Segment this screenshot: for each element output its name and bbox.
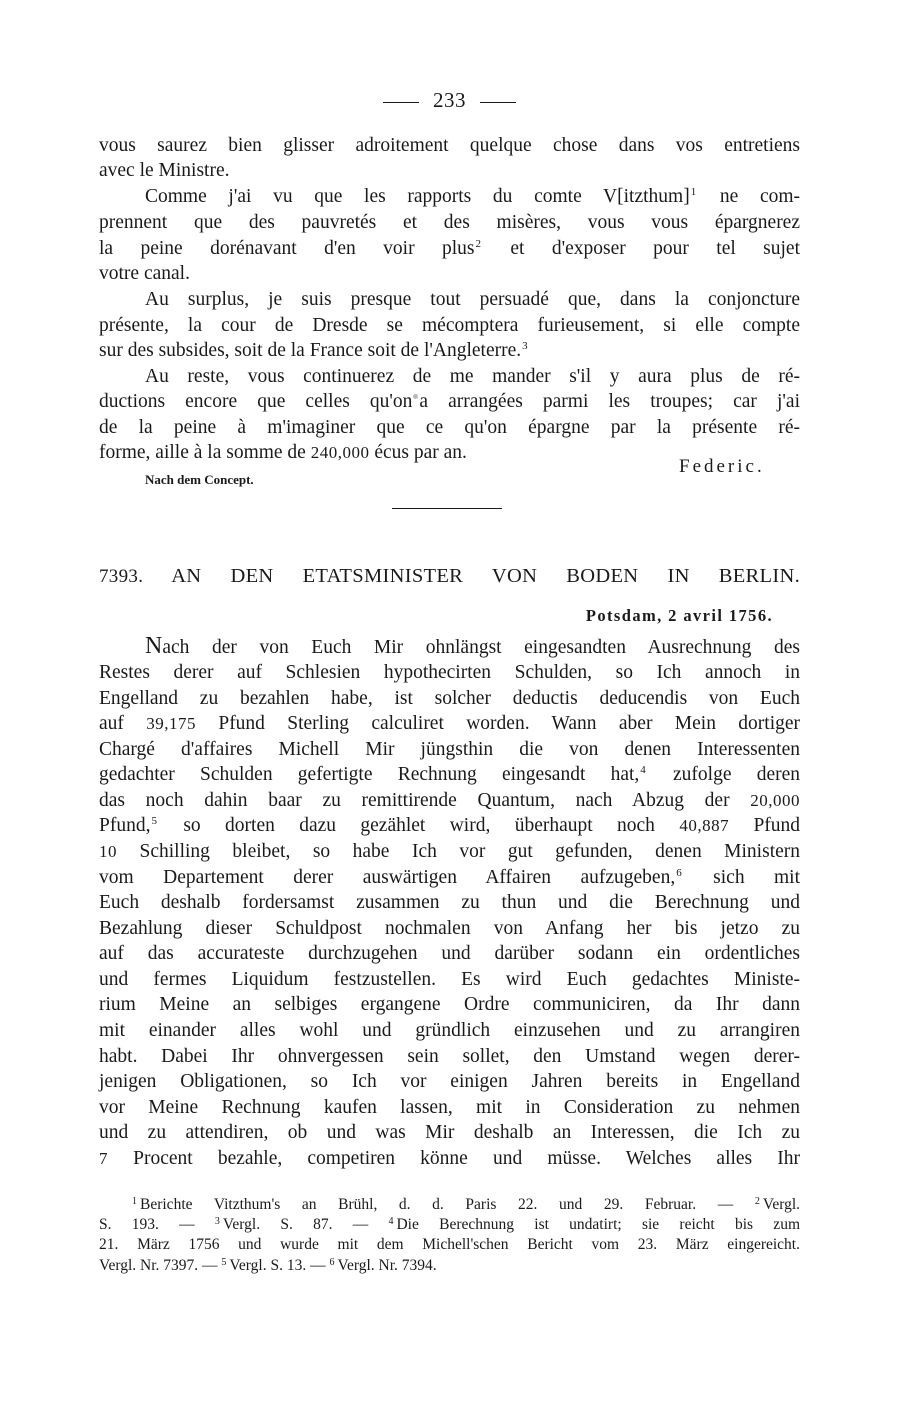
footnote-ref[interactable]: 2 <box>475 238 481 250</box>
header-dash-right <box>480 102 516 103</box>
dateline: Potsdam, 2 avril 1756. <box>586 606 773 626</box>
text-line: sur des subsides, soit de la France soit… <box>99 338 800 364</box>
text-line: rium Meine an selbiges ergangene Ordre c… <box>99 992 800 1018</box>
text-line: habt. Dabei Ihr ohnvergessen sein sollet… <box>99 1044 800 1070</box>
letter-title: AN DEN ETATSMINISTER VON BODEN IN BERLIN… <box>171 565 800 587</box>
text-line: Au surplus, je suis presque tout persuad… <box>99 287 800 313</box>
footnote-line: S. 193. — 3Vergl. S. 87. — 4Die Berechnu… <box>99 1215 800 1235</box>
text-line: prennent que des pauvretés et des misère… <box>99 210 800 236</box>
text-line: auf 39,175 Pfund Sterling calculiret wor… <box>99 711 800 737</box>
text-line: und fermes Liquidum festzustellen. Es wi… <box>99 967 800 993</box>
footnote-line: Vergl. Nr. 7397. — 5Vergl. S. 13. — 6Ver… <box>99 1256 800 1276</box>
signature: Federic. <box>679 456 765 478</box>
text-line: Comme j'ai vu que les rapports du comte … <box>99 184 800 210</box>
footnote-ref[interactable]: 3 <box>522 340 528 352</box>
text-line: Engelland zu bezahlen habe, ist solcher … <box>99 686 800 712</box>
text-line: la peine dorénavant d'en voir plus2 et d… <box>99 236 800 262</box>
page-number: 233 <box>433 88 466 112</box>
text-line: votre canal. <box>99 261 800 287</box>
source-note: Nach dem Concept. <box>145 472 254 488</box>
initial-letter: N <box>145 633 162 659</box>
text-line: und zu attendiren, ob und was Mir deshal… <box>99 1120 800 1146</box>
text-line: gedachter Schulden gefertigte Rechnung e… <box>99 762 800 788</box>
text-line: avec le Ministre. <box>99 158 800 184</box>
footnote-ref[interactable]: 6 <box>676 867 682 879</box>
ink-stain <box>413 394 418 399</box>
footnote-line: 21. März 1756 und wurde mit dem Michell'… <box>99 1235 800 1255</box>
footnote-ref[interactable]: 5 <box>151 815 157 827</box>
text-line: Au reste, vous continuerez de me mander … <box>99 364 800 390</box>
text-line: Euch deshalb fordersamst zusammen zu thu… <box>99 890 800 916</box>
footnote-marker: 1 <box>132 1196 137 1207</box>
text-line: vous saurez bien glisser adroitement que… <box>99 133 800 159</box>
text-line: vor Meine Rechnung kaufen lassen, mit in… <box>99 1095 800 1121</box>
section-divider <box>392 508 502 509</box>
text-line: mit einander alles wohl und gründlich ei… <box>99 1018 800 1044</box>
letter-heading: 7393. AN DEN ETATSMINISTER VON BODEN IN … <box>99 565 800 588</box>
text-line: présente, la cour de Dresde se mécompter… <box>99 313 800 339</box>
text-line: auf das accurateste durchzugehen und dar… <box>99 941 800 967</box>
text-line: Nach der von Euch Mir ohnlängst eingesan… <box>99 634 800 661</box>
footnote-marker: 3 <box>215 1216 220 1227</box>
text-line: Chargé d'affaires Michell Mir jüngsthin … <box>99 737 800 763</box>
page-header: 233 <box>99 88 800 113</box>
letter-number: 7393. <box>99 566 143 587</box>
text-line: de la peine à m'imaginer que ce qu'on ép… <box>99 415 800 441</box>
text-line: das noch dahin baar zu remittirende Quan… <box>99 788 800 814</box>
footnote-ref[interactable]: 4 <box>640 764 646 776</box>
text-line: Bezahlung dieser Schuldpost nochmalen vo… <box>99 916 800 942</box>
footnote-marker: 5 <box>221 1257 226 1268</box>
text-line: 10 Schilling bleibet, so habe Ich vor gu… <box>99 839 800 865</box>
header-dash-left <box>383 102 419 103</box>
text-line: vom Departement derer auswärtigen Affair… <box>99 865 800 891</box>
text-line: ductions encore que celles qu'ona arrang… <box>99 389 800 415</box>
footnote-marker: 2 <box>755 1196 760 1207</box>
footnote-ref[interactable]: 1 <box>691 186 697 198</box>
text-line: jenigen Obligationen, so Ich vor einigen… <box>99 1069 800 1095</box>
text-line: Restes derer auf Schlesien hypothecirten… <box>99 660 800 686</box>
footnote-line: 1Berichte Vitzthum's an Brühl, d. d. Par… <box>99 1195 800 1215</box>
footnote-marker: 6 <box>329 1257 334 1268</box>
text-line: Pfund,5 so dorten dazu gezählet wird, üb… <box>99 813 800 839</box>
text-line: 7 Procent bezahle, competiren könne und … <box>99 1146 800 1172</box>
footnote-marker: 4 <box>388 1216 393 1227</box>
